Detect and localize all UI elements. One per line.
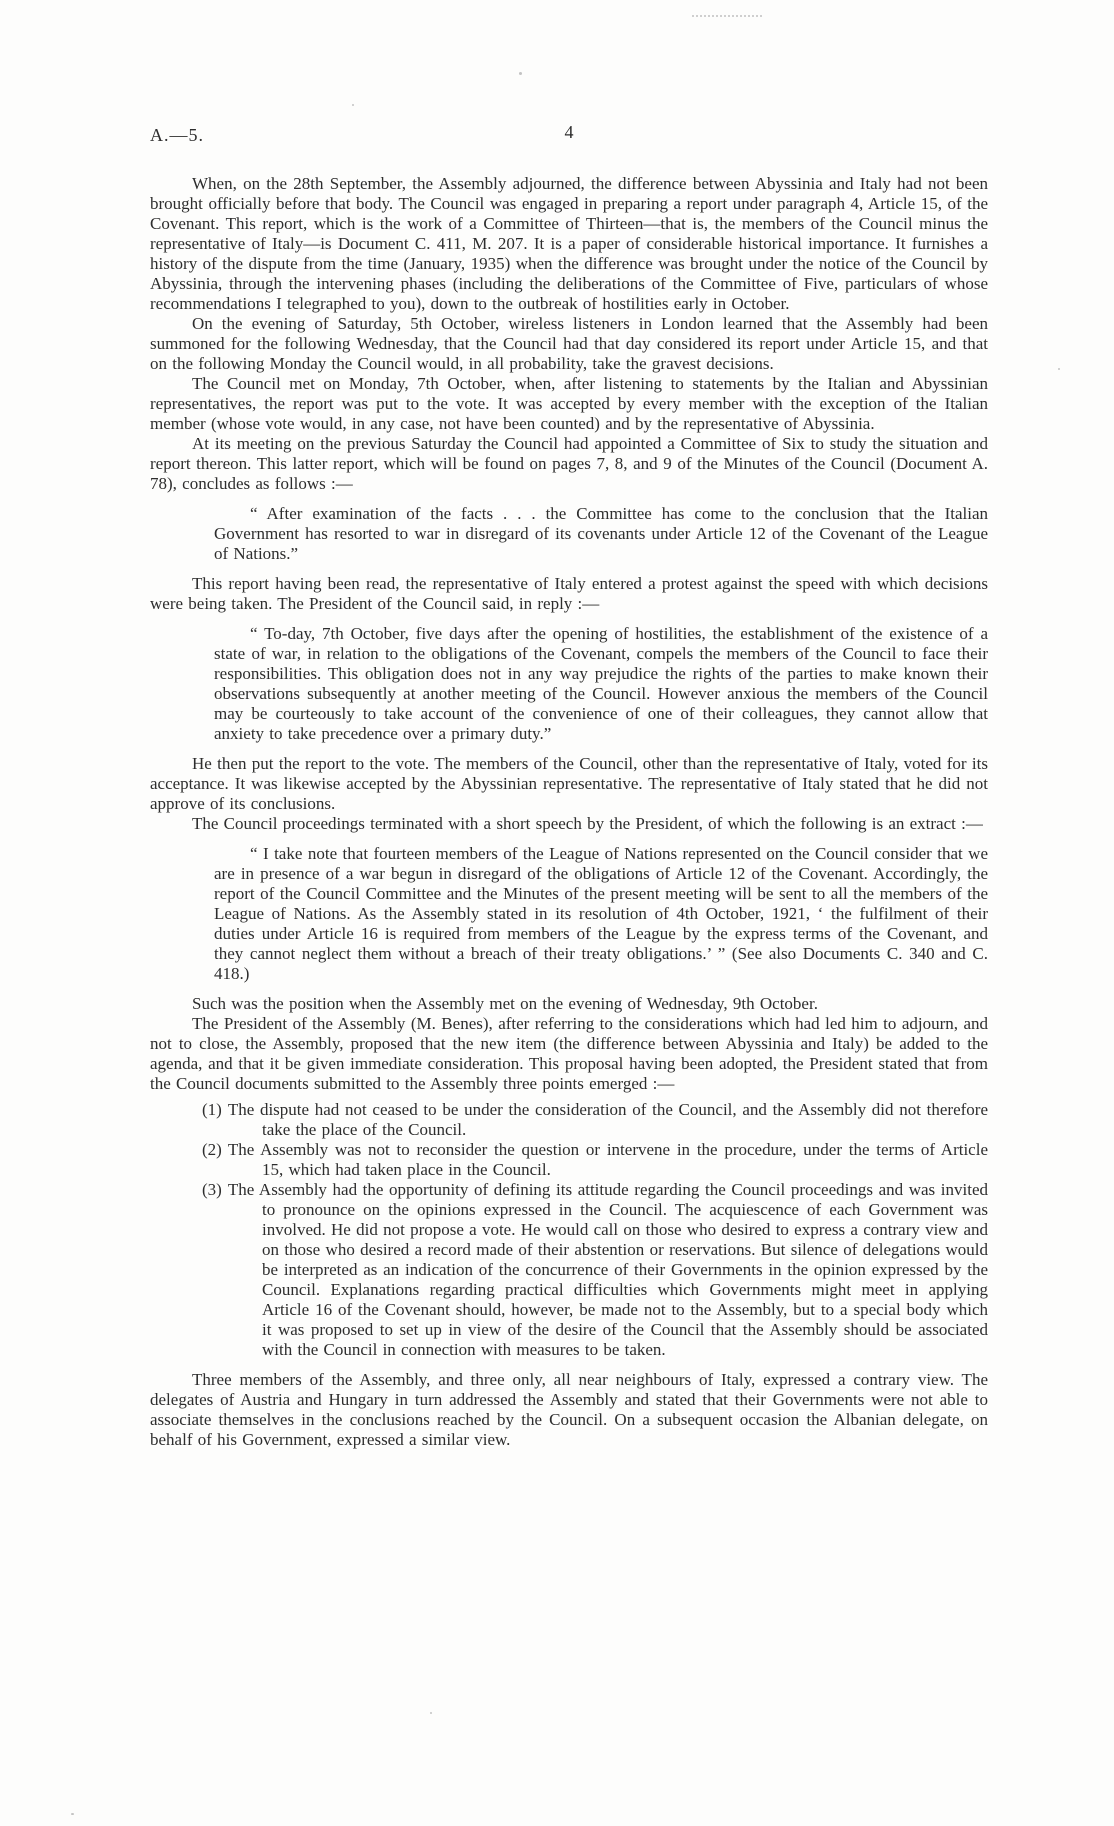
scan-speckle [71,1813,74,1815]
page-header: A.—5. 4 [150,122,988,148]
paragraph-council-met-monday: The Council met on Monday, 7th October, … [150,374,988,434]
paragraph-opening-assembly-adjourned: When, on the 28th September, the Assembl… [150,174,988,314]
list-item-2: (2)The Assembly was not to reconsider th… [150,1140,988,1180]
block-quote-president-reply: “ To-day, 7th October, five days after t… [214,624,988,744]
list-item-3-text: The Assembly had the opportunity of defi… [228,1180,988,1359]
scan-speckle [519,72,522,75]
document-body: When, on the 28th September, the Assembl… [150,174,988,1450]
paragraph-president-benes: The President of the Assembly (M. Benes)… [150,1014,988,1094]
block-quote-committee-conclusion: “ After examination of the facts . . . t… [214,504,988,564]
scan-artifact-dotted-rule [692,15,762,17]
list-item-1: (1)The dispute had not ceased to be unde… [150,1100,988,1140]
list-item-1-number: (1) [202,1100,228,1119]
scan-speckle [1058,368,1060,370]
page-number: 4 [150,122,988,143]
list-item-2-text: The Assembly was not to reconsider the q… [228,1140,988,1179]
paragraph-such-was-position: Such was the position when the Assembly … [150,994,988,1014]
paragraph-committee-of-six: At its meeting on the previous Saturday … [150,434,988,494]
paragraph-wireless-listeners: On the evening of Saturday, 5th October,… [150,314,988,374]
list-item-3-number: (3) [202,1180,228,1199]
scan-speckle [430,1712,432,1714]
document-reference: A.—5. [150,125,204,146]
paragraph-report-vote: He then put the report to the vote. The … [150,754,988,814]
scan-speckle [352,104,354,106]
block-quote-president-extract: “ I take note that fourteen members of t… [214,844,988,984]
paragraph-three-members-contrary: Three members of the Assembly, and three… [150,1370,988,1450]
numbered-list-three-points: (1)The dispute had not ceased to be unde… [150,1100,988,1360]
list-item-3: (3)The Assembly had the opportunity of d… [150,1180,988,1360]
scanned-document-page: A.—5. 4 When, on the 28th September, the… [0,0,1114,1826]
paragraph-italy-protest: This report having been read, the repres… [150,574,988,614]
list-item-2-number: (2) [202,1140,228,1159]
list-item-1-text: The dispute had not ceased to be under t… [228,1100,988,1139]
paragraph-proceedings-terminated: The Council proceedings terminated with … [150,814,988,834]
